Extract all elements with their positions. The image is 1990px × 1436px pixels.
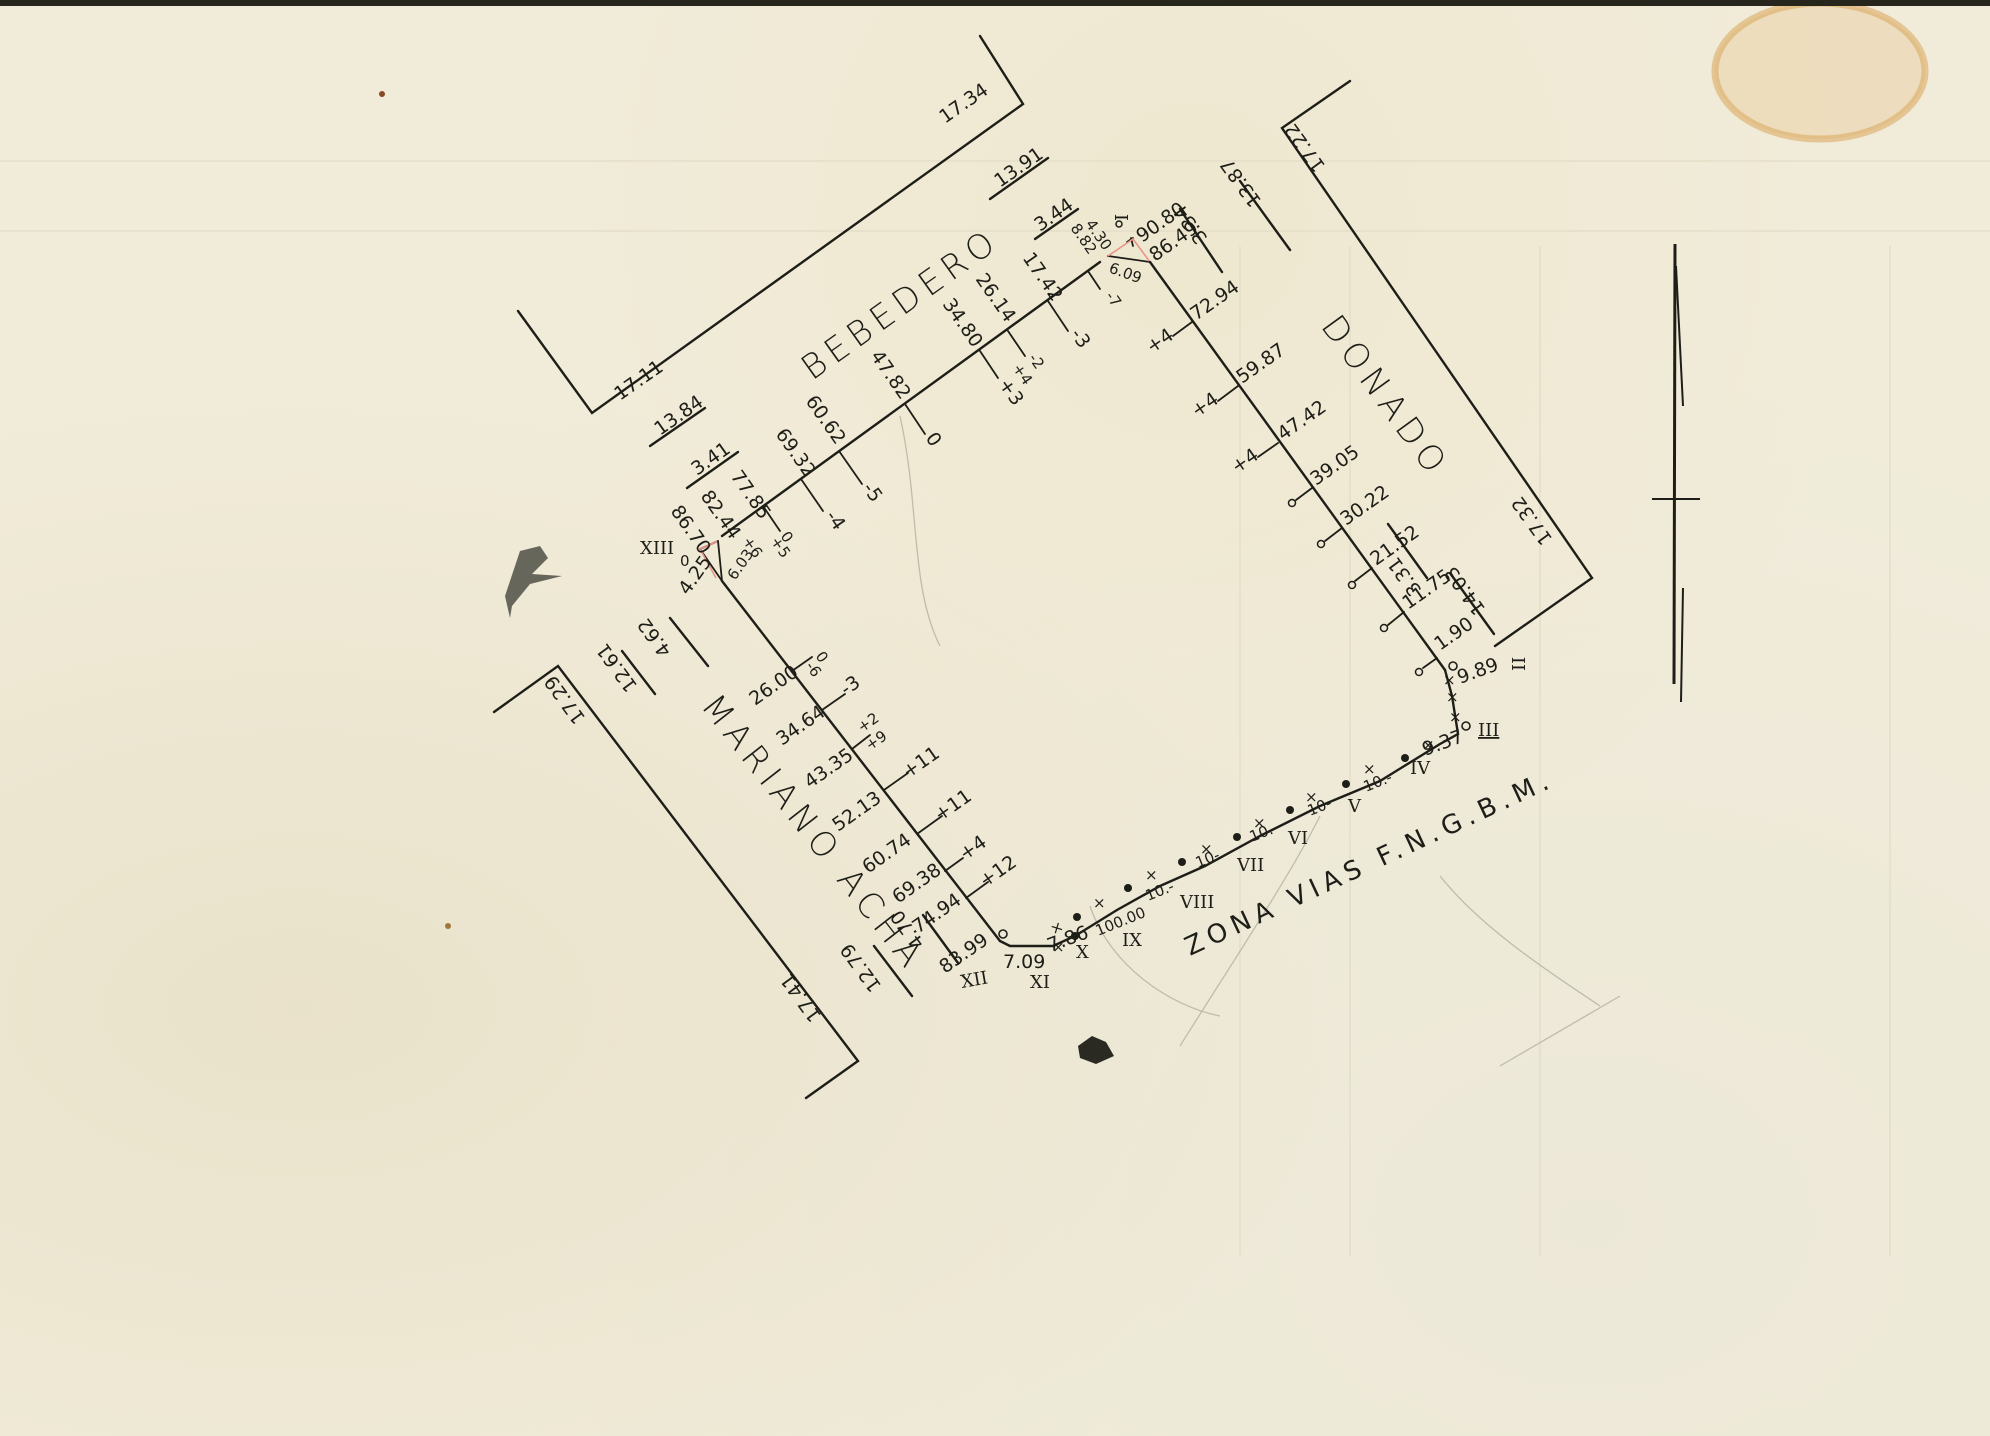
- svg-text:13.84: 13.84: [650, 391, 707, 440]
- svg-text:47.82: 47.82: [866, 346, 915, 403]
- svg-text:30.22: 30.22: [1336, 481, 1393, 530]
- svg-text:VII: VII: [1236, 855, 1264, 876]
- svg-text:III: III: [1478, 720, 1499, 741]
- railway-boundary-line: [1000, 670, 1458, 946]
- ink-blot-left: [505, 546, 562, 618]
- svg-text:-7: -7: [1102, 288, 1125, 311]
- survey-plan-sheet: × × × × × × × × × × × × BEBEDERO DONADO …: [0, 0, 1990, 1436]
- svg-text:47.42: 47.42: [1273, 396, 1330, 445]
- svg-text:IV: IV: [1410, 758, 1431, 779]
- block-width-labels: 17.11 17.34 13.84 13.91 3.41 3.44 17.22 …: [540, 79, 1557, 1026]
- svg-text:9.89: 9.89: [1454, 654, 1501, 689]
- north-meridian-icon: [1652, 244, 1700, 702]
- svg-text:60.62: 60.62: [801, 391, 850, 448]
- svg-text:+4: +4: [1142, 324, 1178, 358]
- svg-text:17.11: 17.11: [610, 356, 667, 405]
- svg-text:XI: XI: [1030, 972, 1050, 993]
- svg-text:72.94: 72.94: [1186, 276, 1243, 325]
- svg-text:60.74: 60.74: [858, 829, 915, 878]
- svg-text:-3: -3: [1066, 324, 1095, 352]
- svg-text:10-: 10-: [1193, 846, 1222, 872]
- svg-text:69.32: 69.32: [771, 424, 820, 481]
- svg-text:26.00: 26.00: [745, 661, 802, 710]
- svg-text:IX: IX: [1122, 930, 1142, 951]
- svg-text:+4: +4: [1187, 388, 1223, 422]
- svg-text:17.41: 17.41: [776, 969, 826, 1026]
- stain: [1715, 6, 1925, 139]
- svg-text:34.80: 34.80: [938, 294, 987, 351]
- svg-text:17.32: 17.32: [1507, 492, 1557, 549]
- svg-text:34.64: 34.64: [772, 701, 829, 750]
- svg-text:XII: XII: [959, 968, 989, 993]
- svg-text:3.41: 3.41: [687, 438, 734, 480]
- donado-survey-line: [1150, 262, 1445, 670]
- svg-text:13.91: 13.91: [990, 143, 1047, 192]
- svg-text:17.22: 17.22: [1280, 119, 1330, 176]
- svg-text:×: ×: [1145, 866, 1158, 884]
- svg-text:II: II: [1509, 657, 1530, 671]
- svg-text:×: ×: [1093, 894, 1106, 912]
- svg-text:0: 0: [921, 428, 946, 451]
- svg-text:I: I: [1112, 214, 1133, 221]
- svg-text:17.42: 17.42: [1018, 248, 1067, 305]
- svg-text:+4: +4: [1227, 444, 1263, 478]
- svg-text:0: 0: [680, 552, 690, 570]
- svg-text:V: V: [1347, 796, 1362, 817]
- svg-text:-4: -4: [821, 506, 850, 534]
- svg-text:×: ×: [1449, 708, 1462, 726]
- svg-text:X: X: [1076, 942, 1089, 963]
- svg-text:+11: +11: [898, 742, 943, 783]
- corner-I-labels: I 4.30 8.82 90.80 86.49 6.09 -7: [1067, 198, 1203, 311]
- svg-text:7.09: 7.09: [1003, 951, 1045, 973]
- svg-text:-3: -3: [836, 671, 864, 700]
- form-grid: [0, 161, 1990, 1256]
- svg-text:×: ×: [1443, 671, 1456, 689]
- svg-text:26.14: 26.14: [971, 269, 1020, 326]
- svg-text:1.90: 1.90: [1430, 613, 1477, 655]
- svg-text:VIII: VIII: [1179, 892, 1214, 913]
- svg-text:4.62: 4.62: [633, 614, 676, 661]
- svg-text:×: ×: [1446, 688, 1459, 706]
- svg-text:VI: VI: [1287, 828, 1308, 849]
- svg-text:9.37: 9.37: [1419, 726, 1466, 761]
- donado-offset-ticks: [1173, 322, 1437, 676]
- svg-text:6.09: 6.09: [1107, 259, 1145, 287]
- svg-text:52.13: 52.13: [828, 787, 885, 836]
- svg-text:-5: -5: [858, 478, 887, 506]
- svg-text:17.34: 17.34: [935, 79, 992, 128]
- bebedero-outer-boundary: [518, 36, 1023, 413]
- svg-text:43.35: 43.35: [800, 744, 857, 793]
- svg-text:14.03: 14.03: [1440, 562, 1490, 619]
- svg-text:XIII: XIII: [640, 538, 674, 559]
- svg-text:13.87: 13.87: [1216, 154, 1266, 211]
- svg-text:10.-: 10.-: [1247, 818, 1281, 846]
- donado-outer-boundary: [1282, 81, 1592, 646]
- ink-blot-bottom: [1078, 1036, 1114, 1064]
- svg-text:39.05: 39.05: [1306, 441, 1363, 490]
